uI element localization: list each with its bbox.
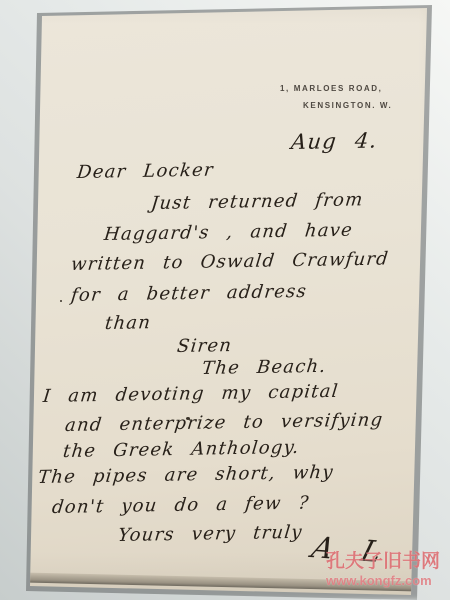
letter-closing: Yours very truly: [117, 522, 304, 546]
letter-body-line: Haggard's , and have: [103, 220, 354, 245]
letter-body-line: Siren: [176, 335, 233, 357]
letter-body-line: Just returned from: [150, 189, 365, 214]
letter-body-line: the Greek Anthology.: [62, 437, 301, 462]
letter-paper: 1, MARLOES ROAD, KENSINGTON. W. Aug 4. D…: [0, 0, 450, 600]
letter-photo: 1, MARLOES ROAD, KENSINGTON. W. Aug 4. D…: [0, 0, 450, 600]
letterhead-address-line1: 1, MARLOES ROAD,: [280, 84, 383, 93]
letter-body-line: The Beach.: [201, 356, 327, 379]
letter-date: Aug 4.: [290, 129, 379, 154]
letterhead-address-line2: KENSINGTON. W.: [303, 101, 392, 110]
letter-salutation: Dear Locker: [76, 160, 215, 183]
letter-body-line: than: [104, 312, 152, 334]
letter-signature: A L: [308, 530, 391, 569]
ink-speck: [186, 417, 190, 420]
ink-speck: [60, 300, 62, 302]
letter-body-line: for a better address: [70, 281, 308, 306]
